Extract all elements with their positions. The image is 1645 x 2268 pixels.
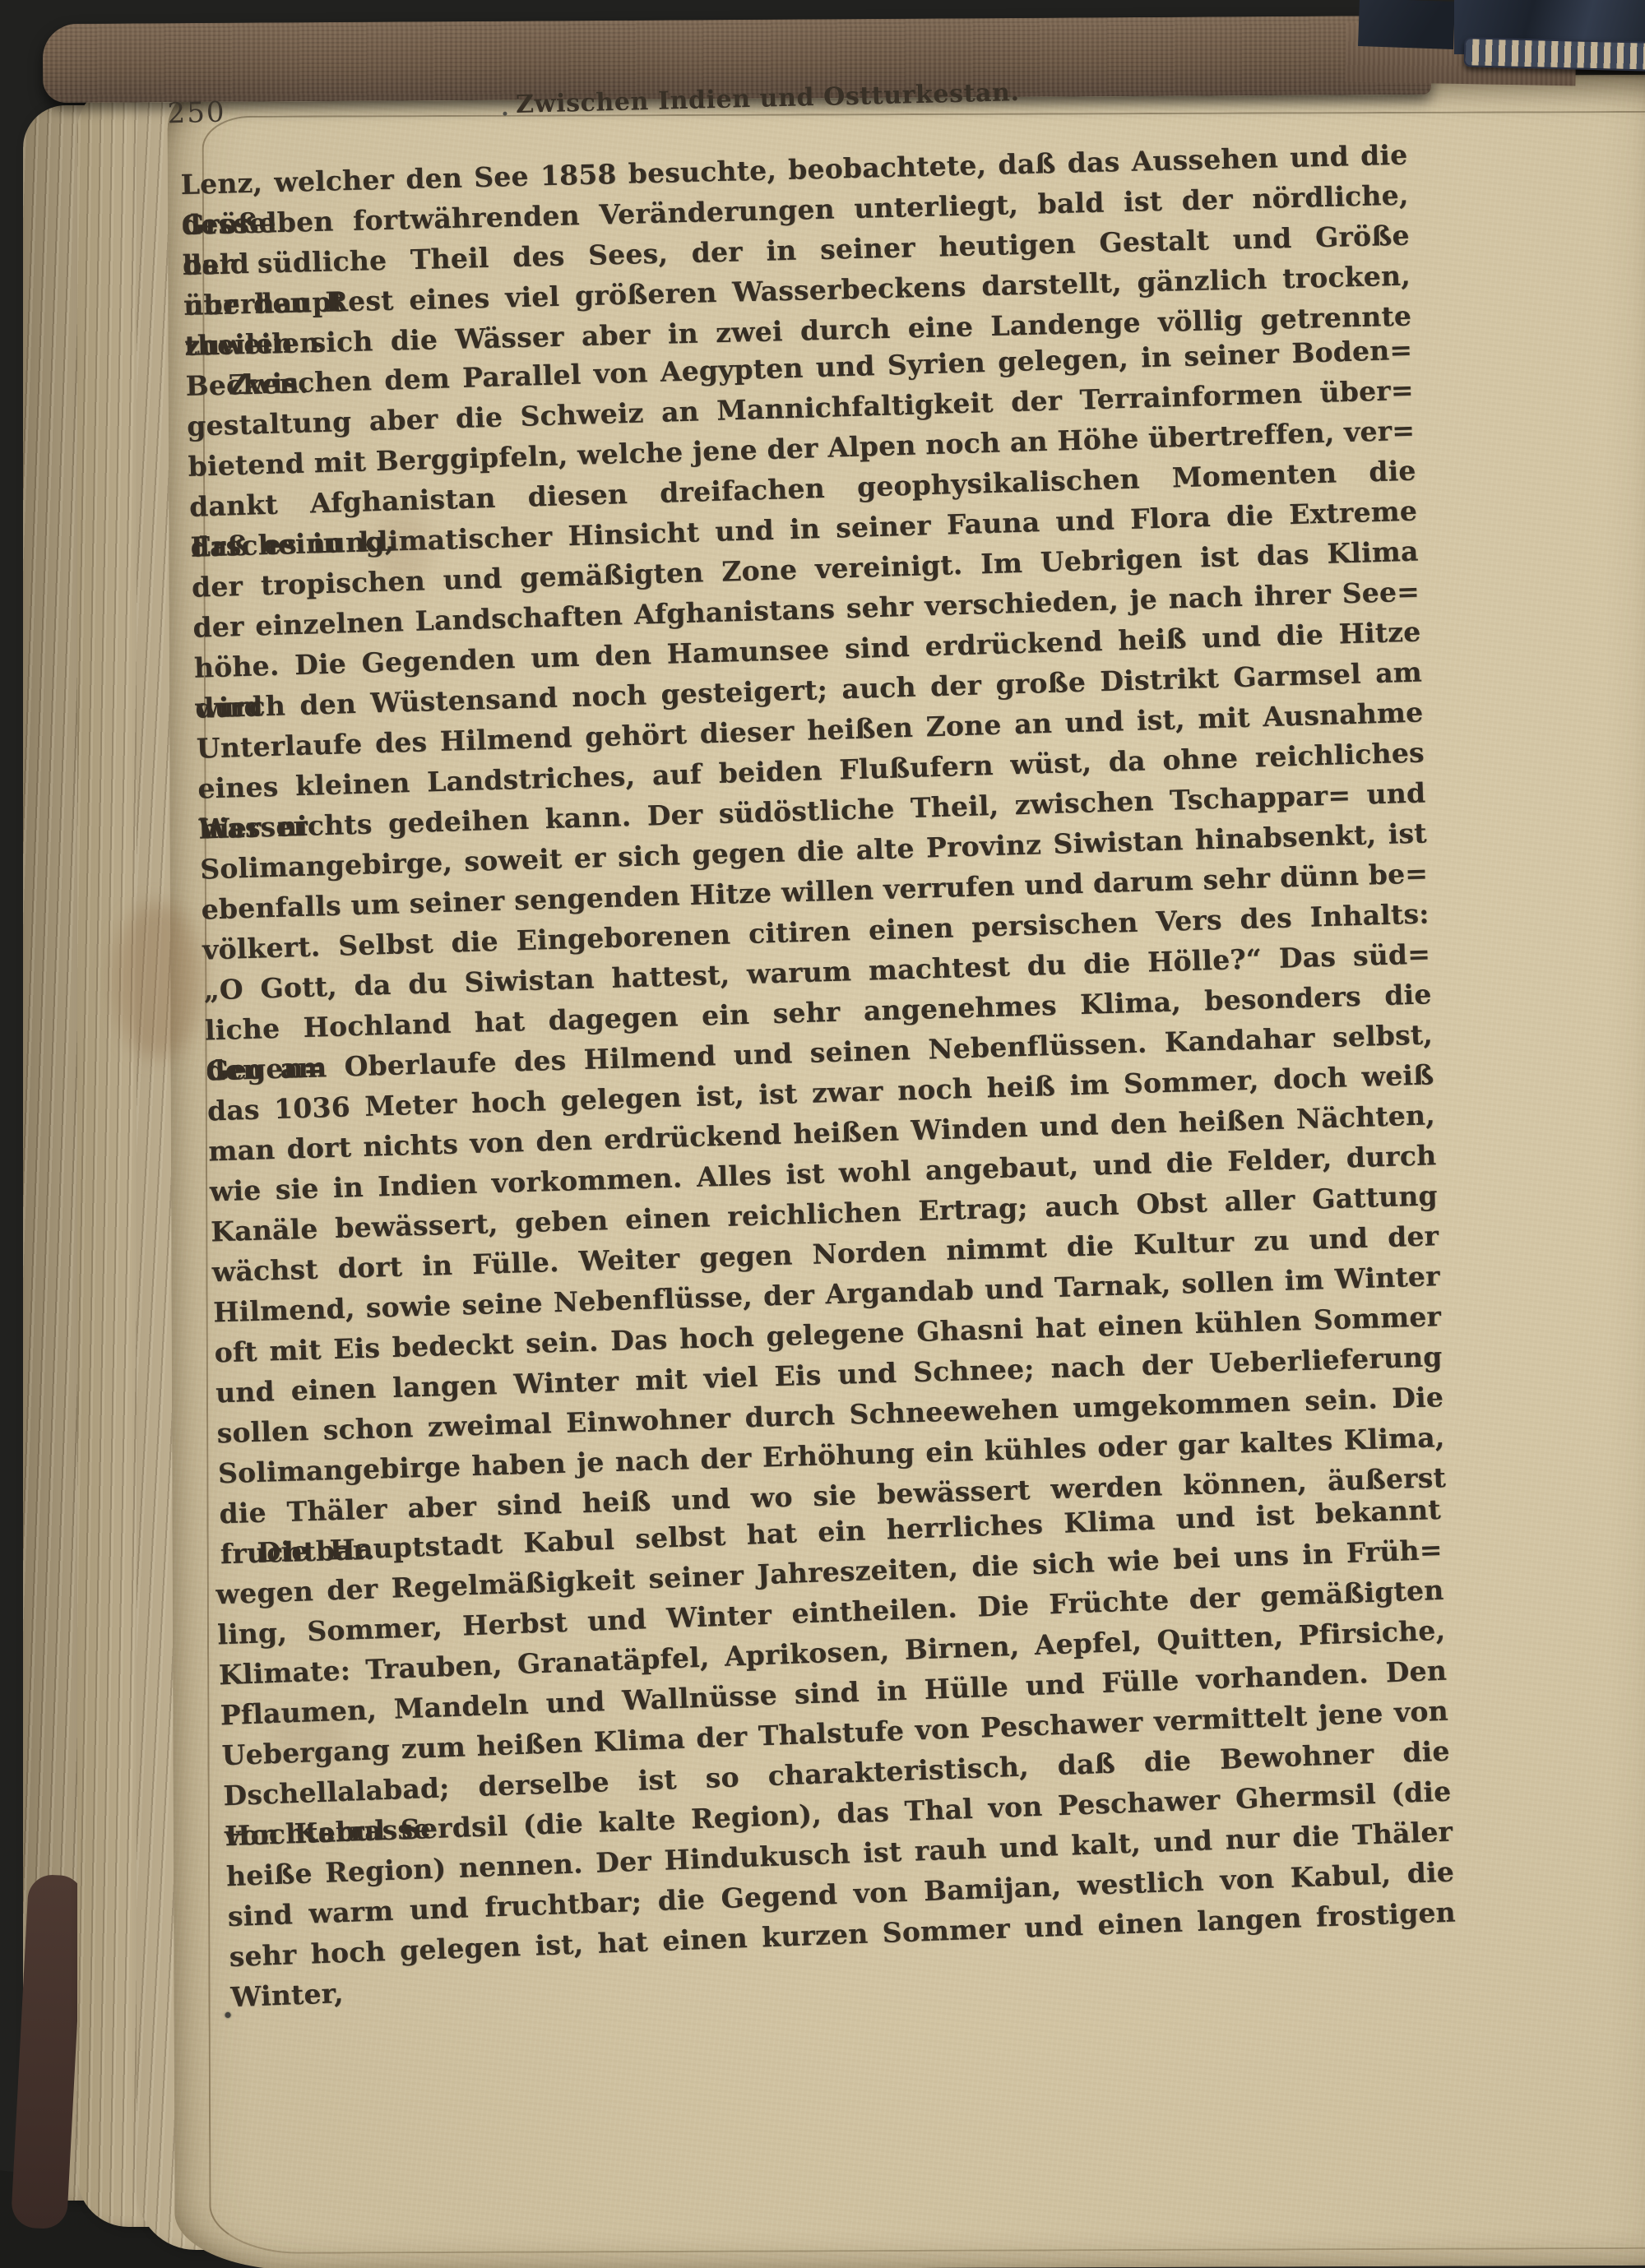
ink-speck — [225, 2012, 231, 2018]
paragraph: Zwischen dem Parallel von Aegypten und S… — [185, 330, 1446, 1534]
body-text: Lenz, welcher den See 1858 besuchte, beo… — [180, 135, 1451, 1978]
page-text-block: 250 Zwischen Indien und Ostturkestan. Le… — [178, 64, 1452, 1978]
adjacent-book-spine — [1358, 0, 1455, 49]
book-headband — [1464, 37, 1645, 72]
page-number: 250 — [167, 96, 226, 131]
running-title: Zwischen Indien und Ostturkestan. — [516, 78, 1020, 119]
book-photograph: { "page": { "number": "250", "header_tit… — [0, 0, 1645, 2268]
paragraph: Die Hauptstadt Kabul selbst hat ein herr… — [214, 1489, 1457, 1977]
paragraph: Lenz, welcher den See 1858 besuchte, beo… — [180, 135, 1412, 366]
